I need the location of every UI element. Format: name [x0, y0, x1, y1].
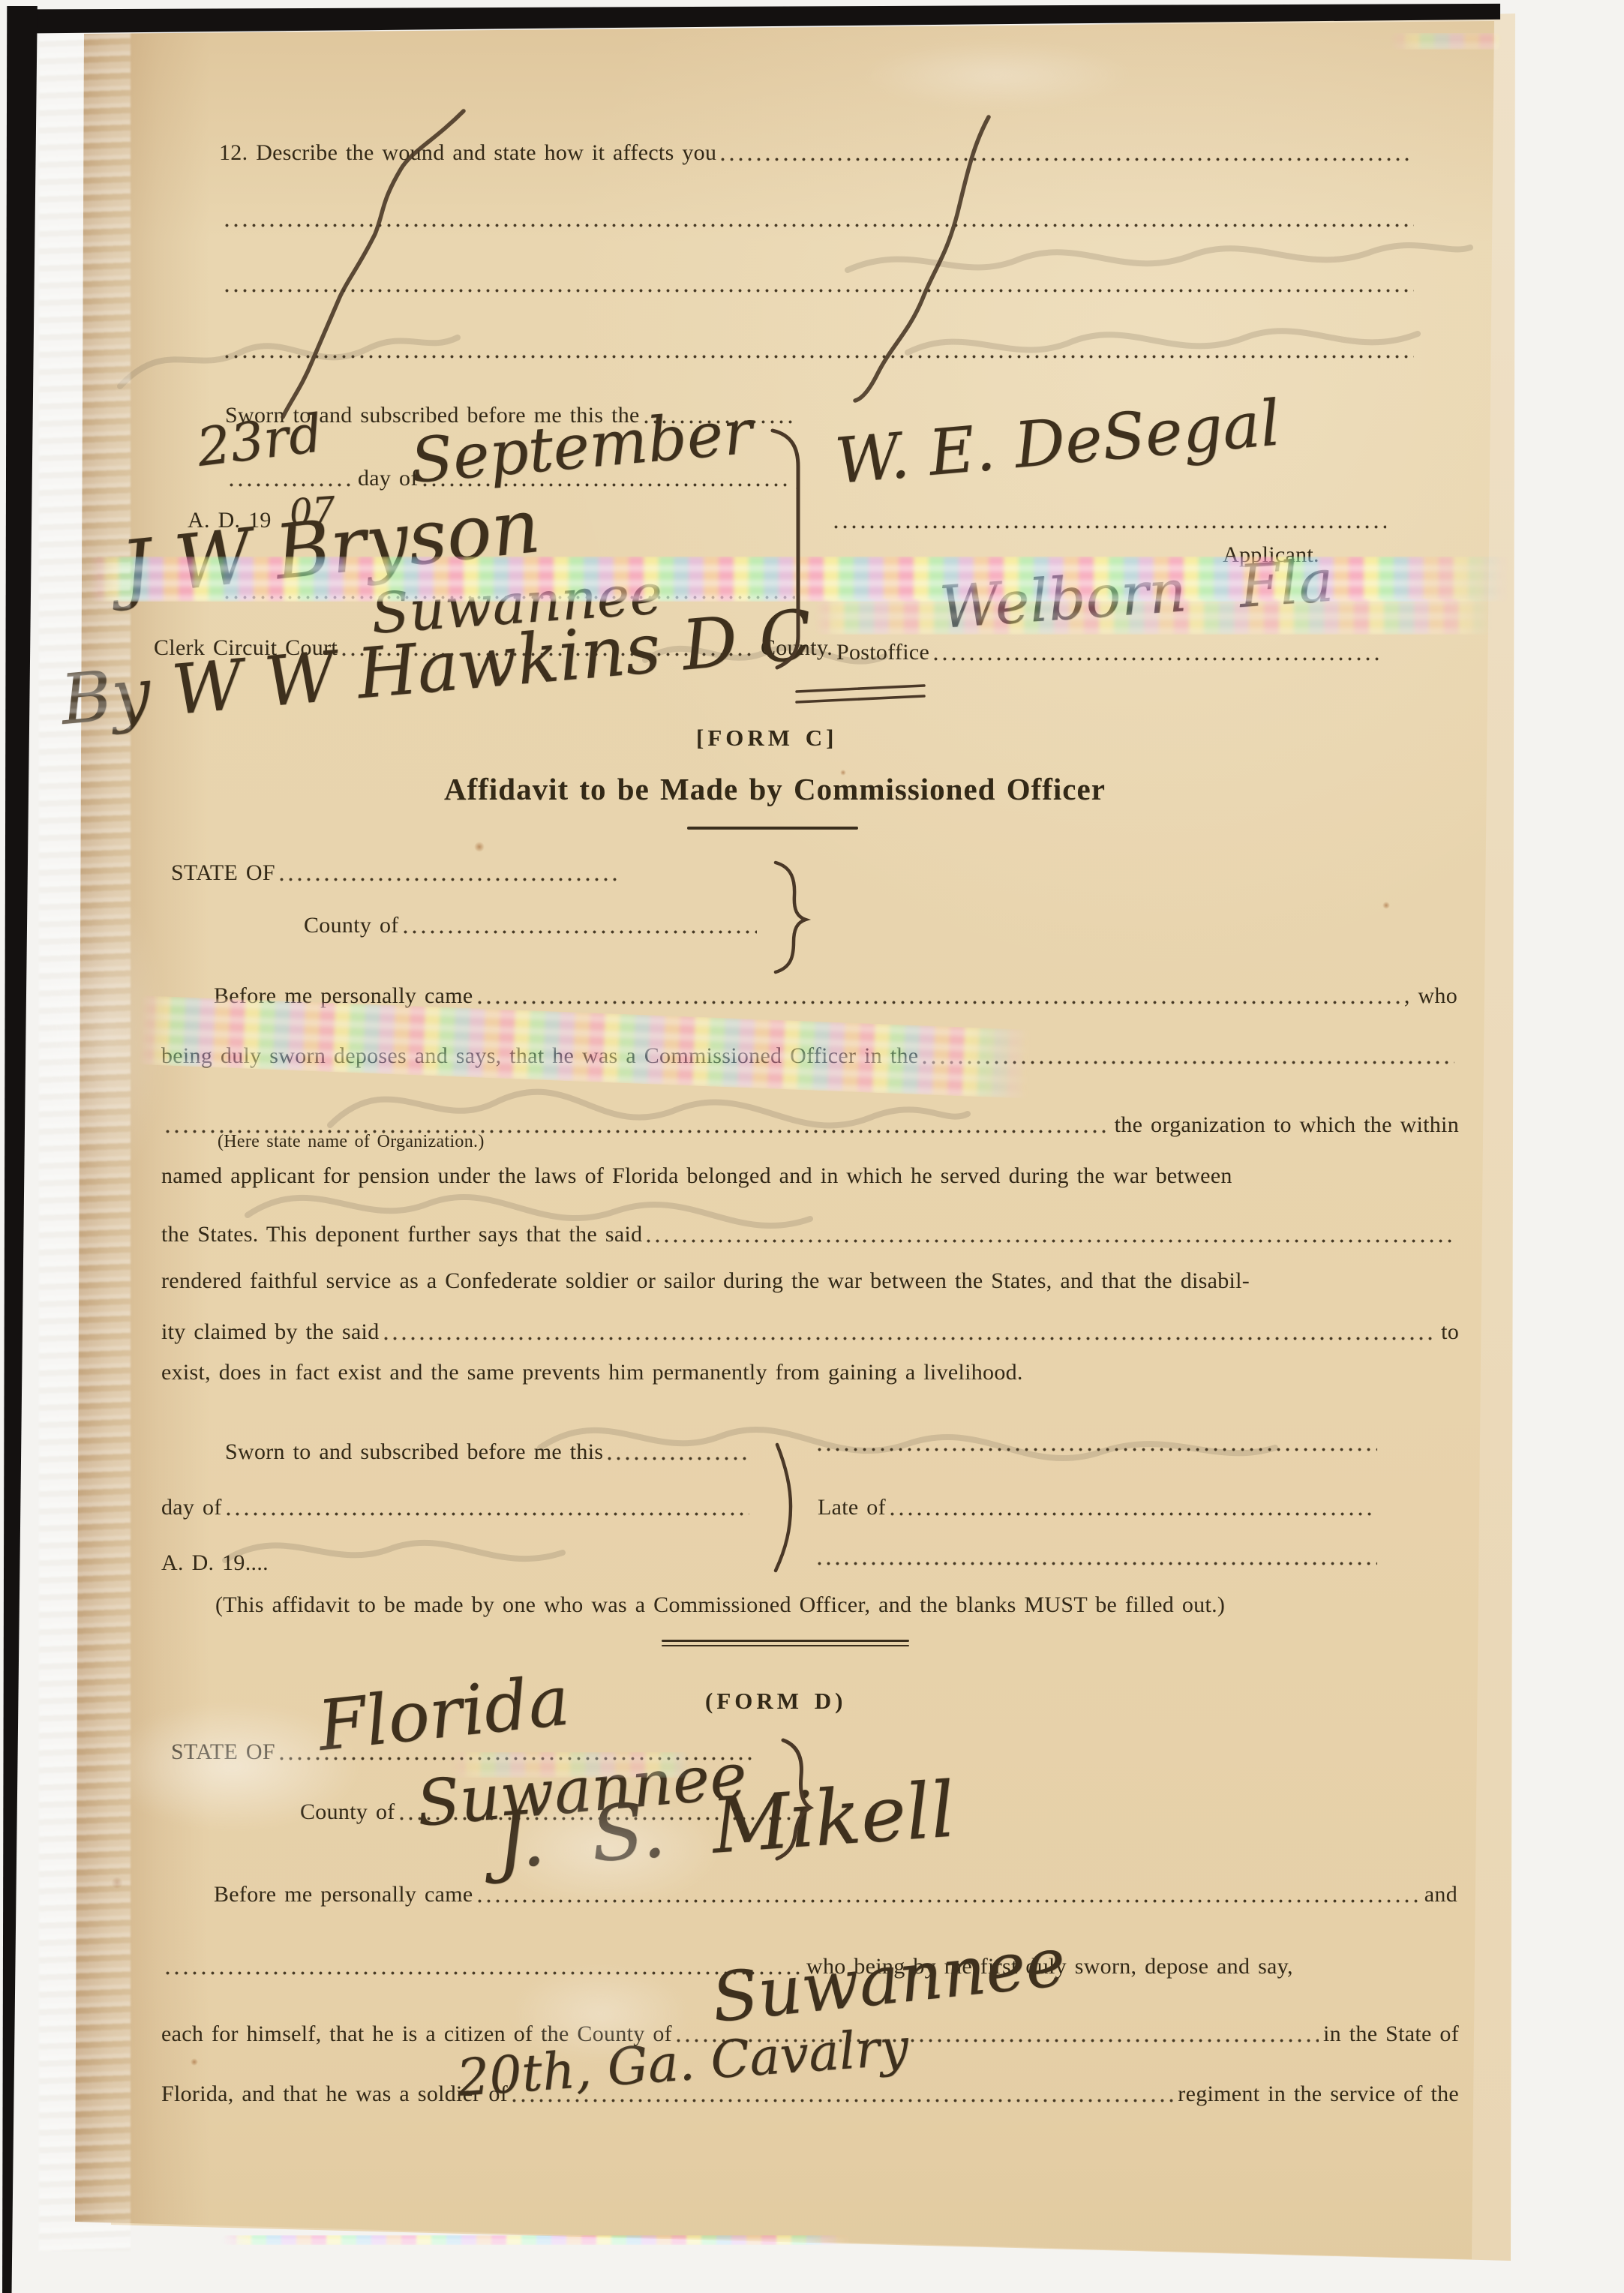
foxing-spot	[1382, 902, 1390, 909]
dotted-blank-line	[834, 525, 1386, 529]
sheen-reflection	[495, 1793, 720, 1905]
dotted-blank	[890, 1512, 1373, 1516]
form-c-note: (This affidavit to be made by one who wa…	[215, 1592, 1225, 1619]
organization-hint: (Here state name of Organization.)	[218, 1131, 485, 1152]
dotted-blank	[280, 878, 621, 881]
county-of-line: County of	[304, 912, 761, 939]
before-me-d-line: Before me personally came and	[214, 1881, 1457, 1908]
sheen-reflection	[105, 1703, 360, 1830]
day-of-label: day of	[358, 465, 419, 492]
dotted-blank	[227, 1512, 749, 1516]
dotted-blank	[166, 1971, 802, 1975]
soldier-tail: regiment in the service of the	[1178, 2081, 1459, 2108]
dotted-blank-line	[818, 1448, 1377, 1451]
dotted-blank	[934, 657, 1379, 661]
soldier-line: Florida, and that he was a soldier of re…	[161, 2081, 1459, 2108]
sheen-reflection	[510, 1965, 690, 2063]
states-label: the States. This deponent further says t…	[161, 1221, 642, 1248]
late-of-label: Late of	[818, 1494, 886, 1521]
dotted-blank-line	[225, 224, 1414, 227]
late-of-line: Late of	[818, 1494, 1377, 1521]
ity-label: ity claimed by the said	[161, 1319, 380, 1346]
named-applicant-line: named applicant for pension under the la…	[161, 1163, 1232, 1190]
day-of2-label: day of	[161, 1494, 222, 1521]
day-of2-line: day of	[161, 1494, 754, 1521]
organization-tail: the organization to which the within	[1115, 1112, 1459, 1139]
rainbow-glare-band	[1389, 33, 1502, 50]
sworn2-line: Sworn to and subscribed before me this	[225, 1439, 755, 1466]
dotted-blank	[384, 1337, 1437, 1340]
rainbow-glare-band	[814, 599, 1493, 635]
plastic-sleeve-edge	[39, 20, 131, 2251]
foxing-spot	[474, 842, 485, 852]
rainbow-glare-band	[450, 1752, 690, 1778]
rainbow-glare-band	[221, 2235, 851, 2245]
dotted-blank	[608, 1457, 750, 1460]
form-c-title: Affidavit to be Made by Commissioned Off…	[444, 771, 1106, 807]
form-d-tag: (FORM D)	[705, 1688, 846, 1715]
came-tail: , who	[1404, 983, 1457, 1010]
scan-frame-left	[2, 6, 41, 2293]
disability-claimed-line: ity claimed by the said to	[161, 1319, 1459, 1346]
foxing-spot	[191, 2058, 198, 2066]
sworn2-label: Sworn to and subscribed before me this	[225, 1439, 603, 1466]
ad2-label: A. D. 19....	[161, 1550, 269, 1577]
title-rule	[687, 827, 858, 830]
dotted-blank	[404, 930, 757, 934]
county-of-label: County of	[304, 912, 399, 939]
dotted-blank	[230, 483, 353, 487]
postoffice-line: Postoffice	[836, 639, 1384, 666]
state-of-line: STATE OF	[171, 860, 626, 887]
question-12-line: 12. Describe the wound and state how it …	[219, 140, 1413, 167]
citizen-tail: in the State of	[1323, 2021, 1459, 2048]
dotted-blank-line	[225, 355, 1414, 359]
came-d-label: Before me personally came	[214, 1881, 473, 1908]
dotted-blank	[721, 158, 1409, 161]
exist-line: exist, does in fact exist and the same p…	[161, 1359, 1023, 1386]
dotted-blank	[512, 2099, 1173, 2102]
postoffice-label: Postoffice	[836, 639, 929, 666]
came-d-tail: and	[1424, 1881, 1457, 1908]
comma: ,	[795, 465, 801, 492]
section-divider	[662, 1640, 909, 1642]
section-divider	[662, 1645, 909, 1646]
question-12-label: 12. Describe the wound and state how it …	[219, 140, 716, 167]
dotted-blank	[647, 1239, 1454, 1243]
dotted-blank	[478, 1001, 1400, 1004]
dotted-blank-line	[225, 289, 1414, 293]
scanned-pension-document: 12. Describe the wound and state how it …	[0, 0, 1624, 2293]
soldier-label: Florida, and that he was a soldier of	[161, 2081, 508, 2108]
form-c-tag: [FORM C]	[696, 725, 837, 752]
state-of-label: STATE OF	[171, 860, 275, 887]
rendered-service-line: rendered faithful service as a Confedera…	[161, 1268, 1250, 1295]
sheen-reflection	[863, 41, 1133, 109]
the-states-line: the States. This deponent further says t…	[161, 1221, 1459, 1248]
rainbow-glare-band	[89, 557, 1510, 602]
dotted-blank-line	[818, 1562, 1377, 1565]
ity-tail: to	[1441, 1319, 1459, 1346]
